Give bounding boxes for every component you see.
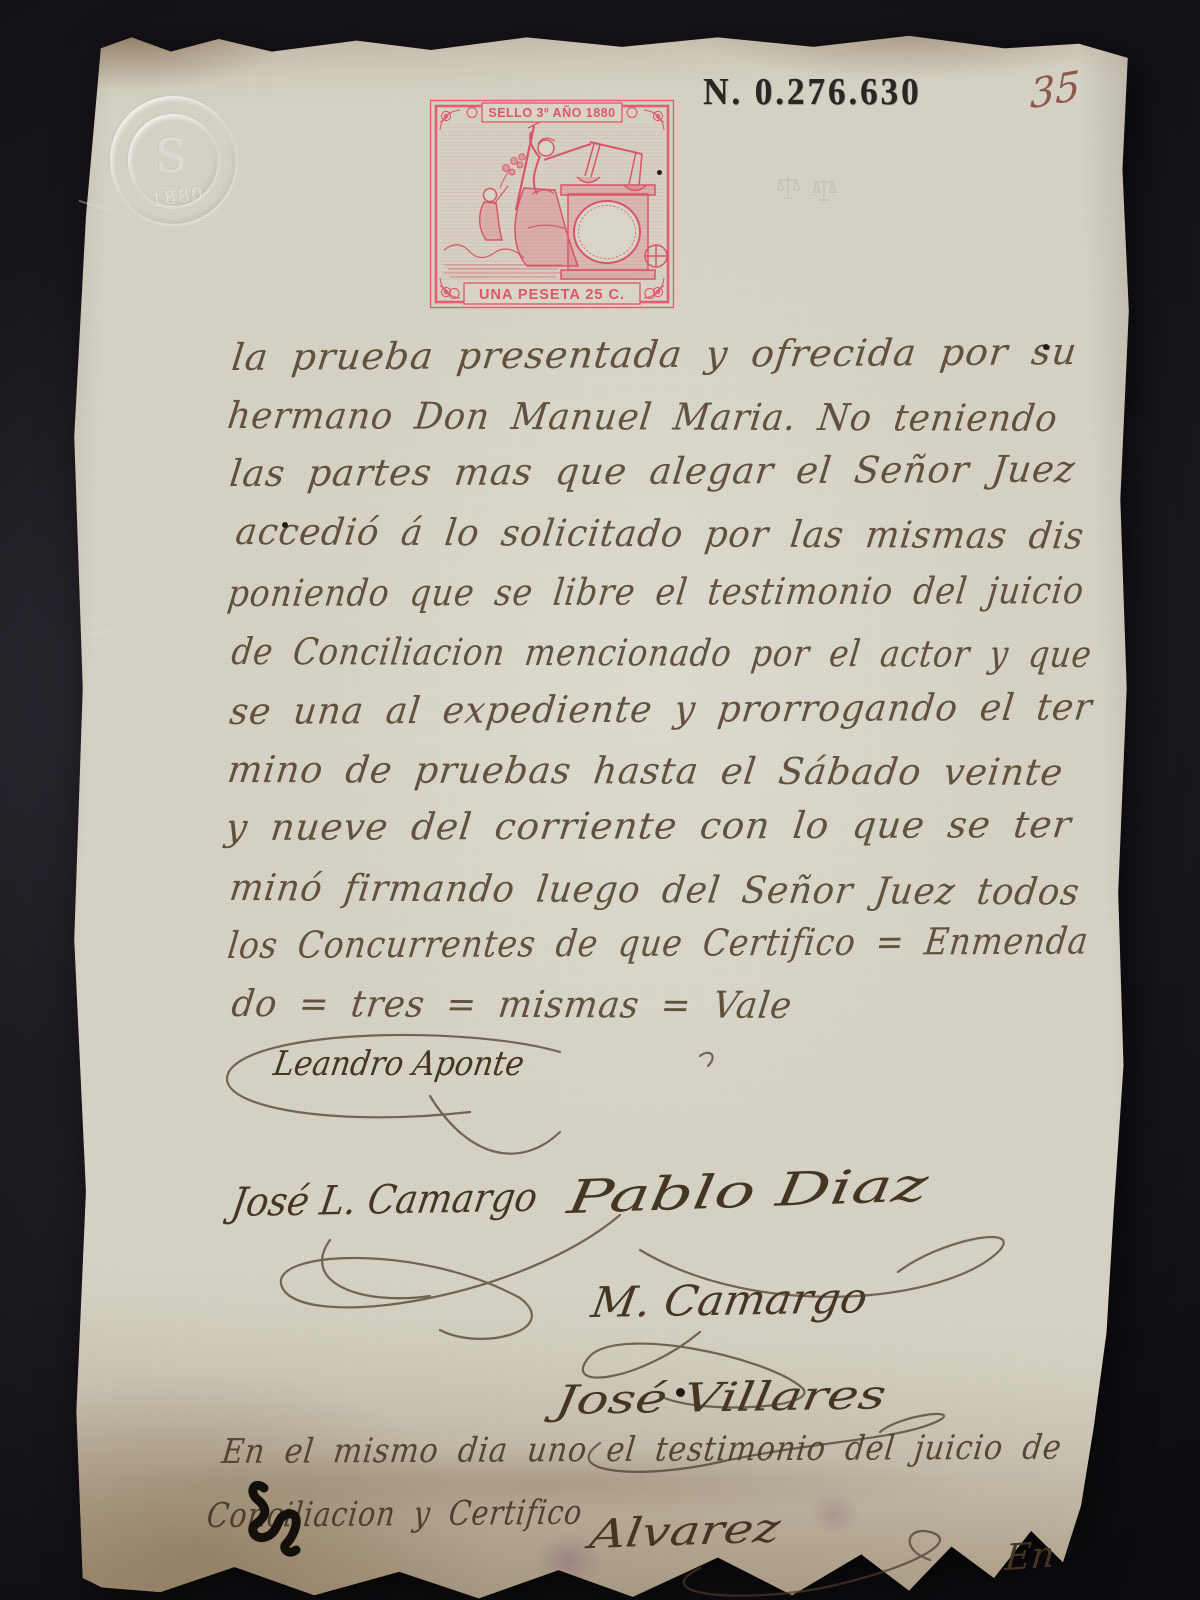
manuscript-line: mino de pruebas hasta el Sábado veinte xyxy=(225,748,1066,794)
embossed-scales-ghost xyxy=(778,172,848,206)
embossed-seal-monogram: S xyxy=(154,128,186,182)
manuscript-line: poniendo que se libre el testimonio del … xyxy=(225,569,1086,615)
revenue-stamp: SELLO 3º AÑO 1880 UNA PESETA 25 C. xyxy=(428,98,676,310)
manuscript-line: y nueve del corriente con lo que se ter xyxy=(223,803,1074,849)
catchword: En xyxy=(1003,1534,1056,1579)
signature-closing: Alvarez xyxy=(587,1505,783,1558)
signature-witness-1: José L. Camargo xyxy=(228,1175,540,1226)
signature-secretary: Leandro Aponte xyxy=(271,1044,527,1084)
manuscript-line: hermano Don Manuel Maria. No teniendo xyxy=(225,394,1060,440)
ink-blot xyxy=(246,1478,356,1568)
manuscript-line: los Concurrentes de que Certifico = Enme… xyxy=(225,919,1091,967)
manuscript-line: minó firmando luego del Señor Juez todos xyxy=(227,866,1082,913)
stamp-bottom-text: UNA PESETA 25 C. xyxy=(479,287,625,303)
manuscript-line: la prueba presentada y ofrecida por su xyxy=(230,330,1080,379)
photo-of-document: S 1880 xyxy=(0,0,1200,1600)
manuscript-line: las partes mas que alegar el Señor Juez xyxy=(227,448,1077,495)
signature-witness-3: M. Camargo xyxy=(588,1273,871,1327)
ink-dot xyxy=(657,170,662,175)
signature-witness-4: José Villares xyxy=(552,1372,889,1424)
closing-line: En el mismo dia uno el testimonio del ju… xyxy=(220,1428,1064,1472)
serial-number-stamp: N. 0.276.630 xyxy=(703,70,922,114)
stamp-top-text: SELLO 3º AÑO 1880 xyxy=(488,105,615,120)
manuscript-line: se una al expediente y prorrogando el te… xyxy=(227,685,1095,733)
ink-dot xyxy=(282,522,288,528)
ink-dot xyxy=(1043,344,1049,350)
manuscript-line: accedió á lo solicitado por las mismas d… xyxy=(233,510,1087,557)
manuscript-line: do = tres = mismas = Vale xyxy=(229,982,795,1027)
ink-dot xyxy=(676,1388,685,1397)
manuscript-line: de Conciliacion mencionado por el actor … xyxy=(229,630,1094,676)
handwritten-number: 35 xyxy=(1030,63,1080,119)
